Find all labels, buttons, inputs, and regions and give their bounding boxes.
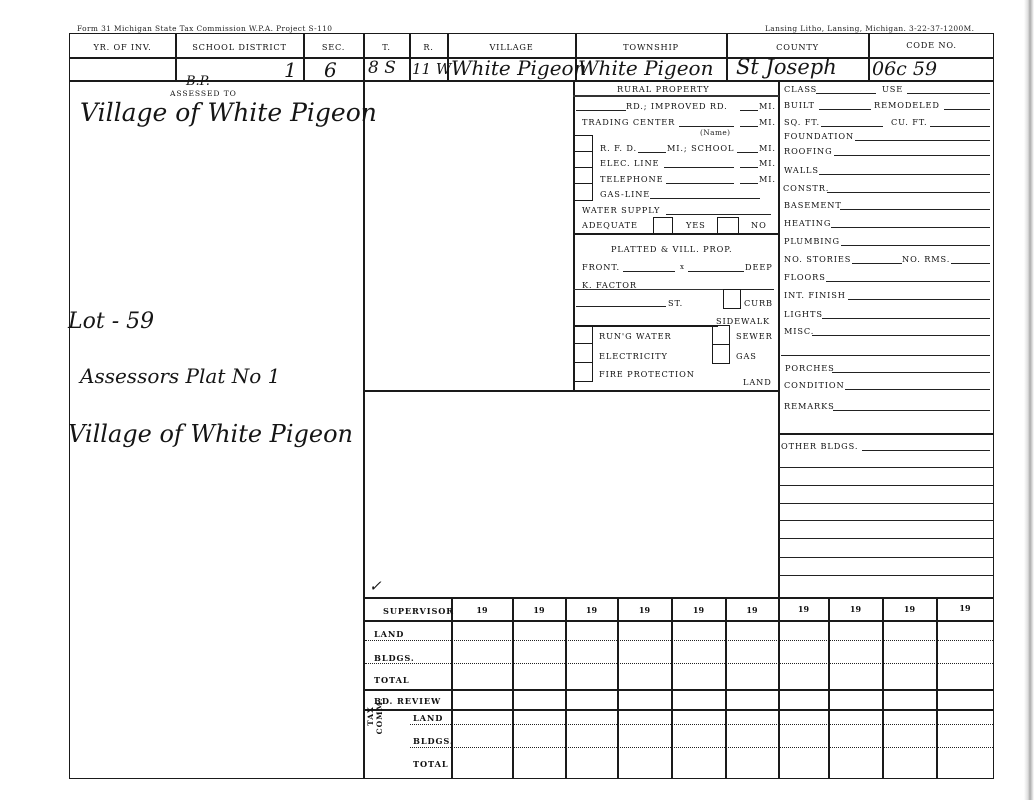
header-county: COUNTY	[727, 42, 868, 52]
trading-center-label: TRADING CENTER	[582, 117, 675, 127]
built-label: BUILT	[784, 100, 815, 110]
x-label: x	[680, 263, 685, 271]
village-value[interactable]: White Pigeon	[451, 56, 586, 80]
row-label-bd-review: BD. REVIEW	[374, 696, 441, 706]
roofing-label: ROOFING	[784, 146, 833, 156]
elec-line-checkbox[interactable]	[573, 151, 593, 168]
cu-ft-label: CU. FT.	[891, 117, 927, 127]
walls-label: WALLS	[784, 165, 819, 175]
township-value[interactable]: White Pigeon	[578, 56, 713, 80]
sq-ft-label: SQ. FT.	[784, 117, 820, 127]
row-label-tc-land: LAND	[413, 713, 443, 723]
header-r: R.	[410, 42, 447, 52]
lights-label: LIGHTS	[784, 309, 823, 319]
row-label-total: TOTAL	[374, 675, 409, 685]
mi-label: MI.	[759, 174, 776, 184]
assessed-annotation: B.P.	[186, 74, 210, 89]
header-t: T.	[364, 42, 409, 52]
school-district-value[interactable]: 1	[284, 58, 297, 82]
no-stories-label: NO. STORIES	[784, 254, 851, 264]
no-rms-label: NO. RMS.	[902, 254, 950, 264]
remodeled-label: REMODELED	[874, 100, 940, 110]
mi-label: MI.	[759, 143, 776, 153]
land-label: LAND	[743, 377, 772, 387]
electricity-label: ELECTRICITY	[599, 351, 668, 361]
plumbing-label: PLUMBING	[784, 236, 840, 246]
misc-label: MISC.	[784, 326, 814, 336]
page-edge-shadow	[1024, 0, 1034, 800]
year-header: 19	[883, 604, 936, 614]
st-label: ST.	[668, 298, 683, 308]
year-header: 19	[566, 605, 617, 615]
check-mark: ✓	[369, 577, 382, 595]
mi-school-label: MI.; SCHOOL	[667, 143, 734, 153]
year-header: 19	[829, 604, 882, 614]
description-line-3[interactable]: Village of White Pigeon	[68, 420, 353, 448]
rfd-checkbox[interactable]	[573, 135, 593, 152]
basement-label: BASEMENT	[784, 200, 842, 210]
heating-label: HEATING	[784, 218, 831, 228]
other-bldgs-label: OTHER BLDGS.	[781, 441, 858, 451]
floors-label: FLOORS	[784, 272, 826, 282]
assessed-to-name[interactable]: Village of White Pigeon	[80, 98, 377, 127]
tax-comm-label: TAX COMM.	[366, 694, 384, 738]
mi-label: MI.	[759, 117, 776, 127]
elec-line-label: ELEC. LINE	[600, 158, 659, 168]
running-water-checkbox[interactable]	[573, 325, 593, 344]
constr-label: CONSTR.	[783, 183, 829, 193]
mi-label: MI.	[759, 158, 776, 168]
year-header: 19	[726, 605, 778, 615]
form-frame	[69, 33, 994, 779]
gas-label: GAS	[736, 351, 757, 361]
int-finish-label: INT. FINISH	[784, 290, 846, 300]
curb-label: CURB	[744, 298, 773, 308]
running-water-label: RUN'G WATER	[599, 331, 672, 341]
telephone-label: TELEPHONE	[600, 174, 663, 184]
supervisor-label: SUPERVISOR	[383, 606, 454, 616]
header-sec: SEC.	[304, 42, 363, 52]
rd-improved-label: RD.; IMPROVED RD.	[626, 101, 728, 111]
front-label: FRONT.	[582, 262, 620, 272]
year-header: 19	[779, 604, 828, 614]
porches-label: PORCHES	[785, 363, 835, 373]
sec-value[interactable]: 6	[324, 58, 337, 82]
fire-protection-checkbox[interactable]	[573, 362, 593, 382]
mi-label: MI.	[759, 101, 776, 111]
assessed-to-label: ASSESSED TO	[170, 89, 237, 98]
code-no-value[interactable]: 06c 59	[872, 58, 937, 80]
no-label: NO	[751, 220, 767, 230]
yes-label: YES	[686, 220, 706, 230]
row-label-bldgs: BLDGS.	[374, 653, 415, 663]
sewer-checkbox[interactable]	[712, 325, 730, 345]
t-value[interactable]: 8 S	[368, 58, 396, 78]
remarks-label: REMARKS	[784, 401, 835, 411]
row-label-tc-total: TOTAL	[413, 759, 448, 769]
gas-line-label: GAS-LINE	[600, 189, 650, 199]
form-number-header: Form 31 Michigan State Tax Commission W.…	[77, 24, 332, 33]
telephone-checkbox[interactable]	[573, 167, 593, 184]
adequate-label: ADEQUATE	[582, 220, 638, 230]
row-label-land: LAND	[374, 629, 404, 639]
water-supply-label: WATER SUPPLY	[582, 205, 660, 215]
header-school-district: SCHOOL DISTRICT	[176, 42, 303, 52]
year-header: 19	[513, 605, 565, 615]
foundation-label: FOUNDATION	[784, 131, 854, 141]
year-header: 19	[618, 605, 671, 615]
electricity-checkbox[interactable]	[573, 343, 593, 363]
year-header: 19	[937, 603, 993, 613]
class-label: CLASS	[784, 84, 817, 94]
platted-title: PLATTED & VILL. PROP.	[611, 244, 732, 254]
deep-label: DEEP	[745, 262, 773, 272]
use-label: USE	[882, 84, 903, 94]
gas-checkbox[interactable]	[712, 344, 730, 364]
year-header: 19	[672, 605, 725, 615]
gas-line-checkbox[interactable]	[573, 183, 593, 201]
condition-label: CONDITION	[784, 380, 845, 390]
rfd-label: R. F. D.	[600, 143, 637, 153]
curb-checkbox[interactable]	[723, 289, 741, 309]
adequate-yes-checkbox[interactable]	[653, 217, 673, 234]
printer-imprint: Lansing Litho, Lansing, Michigan. 3-22-3…	[765, 24, 974, 33]
county-value[interactable]: St Joseph	[736, 55, 837, 79]
header-code-no: CODE NO.	[869, 40, 994, 50]
fire-protection-label: FIRE PROTECTION	[599, 369, 695, 379]
description-line-1[interactable]: Lot - 59	[68, 309, 154, 334]
header-township: TOWNSHIP	[576, 42, 726, 52]
description-line-2[interactable]: Assessors Plat No 1	[80, 364, 280, 388]
year-header: 19	[452, 605, 512, 615]
header-yr-of-inv: YR. OF INV.	[70, 42, 175, 52]
header-village: VILLAGE	[448, 42, 575, 52]
adequate-no-checkbox[interactable]	[717, 217, 739, 234]
row-label-tc-bldgs: BLDGS.	[413, 736, 454, 746]
sewer-label: SEWER	[736, 331, 773, 341]
r-value[interactable]: 11 W	[412, 60, 451, 78]
name-hint: (Name)	[700, 128, 730, 137]
rural-property-title: RURAL PROPERTY	[617, 84, 710, 94]
